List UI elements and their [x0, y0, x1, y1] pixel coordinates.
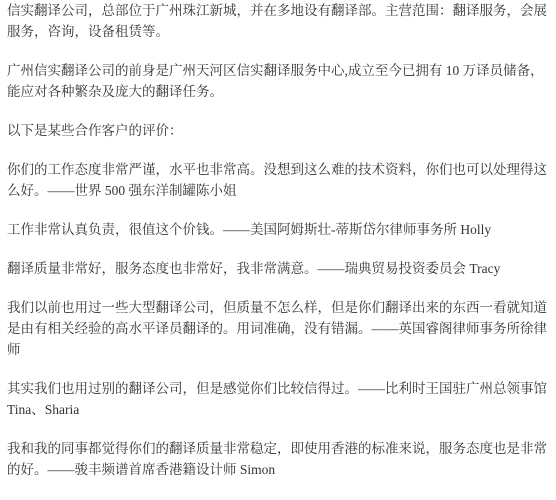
text-line: 我和我的同事都觉得你们的翻译质量非常稳定，即使用香港的标准来说，服务态度也是非常 — [7, 438, 548, 459]
paragraph-review-toyo-seikan: 你们的工作态度非常严谨，水平也非常高。没想到这么难的技术资料，你们也可以处理得这… — [7, 159, 548, 201]
text-line: 你们的工作态度非常严谨，水平也非常高。没想到这么难的技术资料，你们也可以处理得这 — [7, 159, 548, 180]
text-line: 其实我们也用过别的翻译公司，但是感觉你们比较信得过。——比利时王国驻广州总领事馆 — [7, 378, 548, 399]
text-line: 我们以前也用过一些大型翻译公司，但质量不怎么样，但是你们翻译出来的东西一看就知道 — [7, 297, 548, 318]
text-line: 信实翻译公司，总部位于广州珠江新城，并在多地设有翻译部。主营范围：翻译服务，会展 — [7, 0, 548, 21]
paragraph-review-junfeng-simon: 我和我的同事都觉得你们的翻译质量非常稳定，即使用香港的标准来说，服务态度也是非常… — [7, 438, 548, 480]
text-line: 翻译质量非常好，服务态度也非常好，我非常满意。——瑞典贸易投资委员会 Tracy — [7, 258, 548, 279]
text-line: 以下是某些合作客户的评价： — [7, 120, 548, 141]
document-body: 信实翻译公司，总部位于广州珠江新城，并在多地设有翻译部。主营范围：翻译服务，会展… — [0, 0, 556, 480]
text-line: 么好。——世界 500 强东洋制罐陈小姐 — [7, 180, 548, 201]
text-line: 师 — [7, 339, 548, 360]
paragraph-review-belgian-consulate: 其实我们也用过别的翻译公司，但是感觉你们比较信得过。——比利时王国驻广州总领事馆… — [7, 378, 548, 420]
paragraph-review-armstrong-teasdale: 工作非常认真负责，很值这个价钱。——美国阿姆斯壮-蒂斯岱尔律师事务所 Holly — [7, 219, 548, 240]
paragraph-review-uk-law-firm: 我们以前也用过一些大型翻译公司，但质量不怎么样，但是你们翻译出来的东西一看就知道… — [7, 297, 548, 360]
paragraph-reviews-heading: 以下是某些合作客户的评价： — [7, 120, 548, 141]
text-line: 服务，咨询，设备租赁等。 — [7, 21, 548, 42]
text-line: Tina、Sharia — [7, 399, 548, 420]
paragraph-company-intro: 信实翻译公司，总部位于广州珠江新城，并在多地设有翻译部。主营范围：翻译服务，会展… — [7, 0, 548, 42]
text-line: 广州信实翻译公司的前身是广州天河区信实翻译服务中心,成立至今已拥有 10 万译员… — [7, 60, 548, 81]
text-line: 的好。——骏丰频谱首席香港籍设计师 Simon — [7, 459, 548, 480]
paragraph-review-swedish-trade: 翻译质量非常好，服务态度也非常好，我非常满意。——瑞典贸易投资委员会 Tracy — [7, 258, 548, 279]
text-line: 是由有相关经验的高水平译员翻译的。用词准确，没有错漏。——英国睿阁律师事务所徐律 — [7, 318, 548, 339]
text-line: 工作非常认真负责，很值这个价钱。——美国阿姆斯壮-蒂斯岱尔律师事务所 Holly — [7, 219, 548, 240]
paragraph-company-history: 广州信实翻译公司的前身是广州天河区信实翻译服务中心,成立至今已拥有 10 万译员… — [7, 60, 548, 102]
text-line: 能应对各种繁杂及庞大的翻译任务。 — [7, 81, 548, 102]
